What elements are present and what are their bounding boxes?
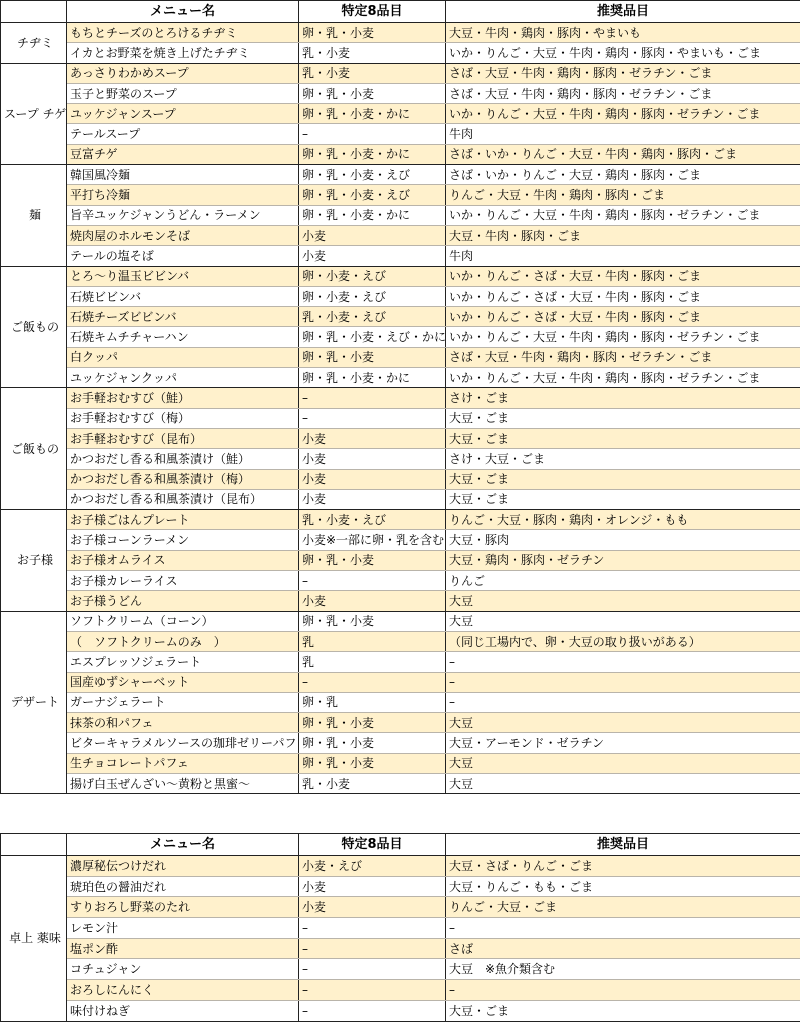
table-row: かつおだし香る和風茶漬け（昆布）小麦大豆・ごま (1, 489, 800, 509)
menu-name-cell: 焼肉屋のホルモンそば (67, 225, 299, 245)
recommended-cell: 大豆・ごま (446, 469, 800, 489)
allergen8-cell: 小麦 (299, 876, 446, 897)
recommended-cell: 大豆 (446, 773, 800, 793)
menu-name-cell: 平打ち冷麺 (67, 185, 299, 205)
menu-name-cell: 国産ゆずシャーベット (67, 672, 299, 692)
header-recommended: 推奨品目 (446, 834, 800, 856)
category-cell: チヂミ (1, 23, 67, 64)
menu-name-cell: お子様ごはんプレート (67, 510, 299, 530)
menu-name-cell: エスプレッソジェラート (67, 652, 299, 672)
table-row: かつおだし香る和風茶漬け（梅）小麦大豆・ごま (1, 469, 800, 489)
recommended-cell: 大豆・ごま (446, 428, 800, 448)
allergen8-cell: 小麦 (299, 469, 446, 489)
allergen8-cell: 卵・乳・小麦・えび (299, 185, 446, 205)
menu-name-cell: ガーナジェラート (67, 692, 299, 712)
table-row: 平打ち冷麺卵・乳・小麦・えびりんご・大豆・牛肉・鶏肉・豚肉・ごま (1, 185, 800, 205)
recommended-cell: – (446, 980, 800, 1001)
allergen8-cell: 卵・乳・小麦 (299, 733, 446, 753)
recommended-cell: 大豆・ごま (446, 489, 800, 509)
recommended-cell: りんご (446, 571, 800, 591)
category-cell: お子様 (1, 510, 67, 611)
recommended-cell: 大豆・牛肉・鶏肉・豚肉・やまいも (446, 23, 800, 43)
allergen8-cell: 卵・乳・小麦・えび (299, 165, 446, 185)
table-row: 生チョコレートパフェ卵・乳・小麦大豆 (1, 753, 800, 773)
category-cell: 卓上 薬味 (1, 856, 67, 1022)
table-row: 麺韓国風冷麺卵・乳・小麦・えびさば・いか・りんご・大豆・鶏肉・豚肉・ごま (1, 165, 800, 185)
table-row: お子様うどん小麦大豆 (1, 591, 800, 611)
table-row: 石焼キムチチャーハン卵・乳・小麦・えび・かにいか・りんご・大豆・牛肉・鶏肉・豚肉… (1, 327, 800, 347)
allergen8-cell: 乳・小麦 (299, 63, 446, 83)
recommended-cell: いか・りんご・大豆・牛肉・鶏肉・豚肉・ゼラチン・ごま (446, 104, 800, 124)
allergen8-cell: 卵・乳・小麦 (299, 550, 446, 570)
menu-name-cell: 旨辛ユッケジャンうどん・ラーメン (67, 205, 299, 225)
table-row: デザートソフトクリーム（コーン）卵・乳・小麦大豆 (1, 611, 800, 631)
menu-name-cell: 石焼キムチチャーハン (67, 327, 299, 347)
allergen8-cell: 卵・乳・小麦・かに (299, 104, 446, 124)
table-row: すりおろし野菜のたれ小麦りんご・大豆・ごま (1, 897, 800, 918)
recommended-cell: 大豆 ※魚介類含む (446, 959, 800, 980)
menu-name-cell: お手軽おむすび（鮭） (67, 388, 299, 408)
allergen8-cell: 乳 (299, 631, 446, 651)
menu-name-cell: すりおろし野菜のたれ (67, 897, 299, 918)
recommended-cell: いか・りんご・大豆・牛肉・鶏肉・豚肉・やまいも・ごま (446, 43, 800, 63)
recommended-cell: りんご・大豆・豚肉・鶏肉・オレンジ・もも (446, 510, 800, 530)
recommended-cell: さば・大豆・牛肉・鶏肉・豚肉・ゼラチン・ごま (446, 83, 800, 103)
recommended-cell: 大豆 (446, 591, 800, 611)
menu-name-cell: 塩ポン酢 (67, 938, 299, 959)
table-row: お子様お子様ごはんプレート乳・小麦・えびりんご・大豆・豚肉・鶏肉・オレンジ・もも (1, 510, 800, 530)
header-allergen8: 特定8品目 (299, 1, 446, 23)
menu-name-cell: お子様カレーライス (67, 571, 299, 591)
table-row: 塩ポン酢–さば (1, 938, 800, 959)
allergen8-cell: 小麦 (299, 428, 446, 448)
recommended-cell: りんご・大豆・ごま (446, 897, 800, 918)
allergen8-cell: 乳・小麦 (299, 43, 446, 63)
allergen8-cell: – (299, 918, 446, 939)
table-row: イカとお野菜を焼き上げたチヂミ乳・小麦いか・りんご・大豆・牛肉・鶏肉・豚肉・やま… (1, 43, 800, 63)
table-row: （ ソフトクリームのみ ）乳（同じ工場内で、卵・大豆の取り扱いがある） (1, 631, 800, 651)
header-recommended: 推奨品目 (446, 1, 800, 23)
menu-name-cell: コチュジャン (67, 959, 299, 980)
menu-name-cell: 白クッパ (67, 347, 299, 367)
table-row: お手軽おむすび（昆布）小麦大豆・ごま (1, 428, 800, 448)
allergen8-cell: 卵・乳・小麦 (299, 753, 446, 773)
recommended-cell: さば・いか・りんご・大豆・牛肉・鶏肉・豚肉・ごま (446, 144, 800, 164)
category-cell: 麺 (1, 165, 67, 266)
allergen8-cell: – (299, 388, 446, 408)
table-row: 石焼ビビンバ卵・小麦・えびいか・りんご・さば・大豆・牛肉・豚肉・ごま (1, 286, 800, 306)
table-row: おろしにんにく–– (1, 980, 800, 1001)
recommended-cell: 大豆・アーモンド・ゼラチン (446, 733, 800, 753)
allergen8-cell: 乳・小麦・えび (299, 307, 446, 327)
allergen8-cell: 小麦・えび (299, 856, 446, 877)
table-body: チヂミもちとチーズのとろけるチヂミ卵・乳・小麦大豆・牛肉・鶏肉・豚肉・やまいもイ… (1, 23, 800, 794)
allergen8-cell: – (299, 408, 446, 428)
allergen8-cell: 卵・乳・小麦 (299, 713, 446, 733)
menu-name-cell: お子様オムライス (67, 550, 299, 570)
allergen8-cell: 小麦 (299, 591, 446, 611)
table-row: テールスープ–牛肉 (1, 124, 800, 144)
menu-name-cell: ソフトクリーム（コーン） (67, 611, 299, 631)
menu-name-cell: 揚げ白玉ぜんざい〜黄粉と黒蜜〜 (67, 773, 299, 793)
recommended-cell: さば (446, 938, 800, 959)
header-allergen8: 特定8品目 (299, 834, 446, 856)
menu-name-cell: 韓国風冷麺 (67, 165, 299, 185)
table-row: 国産ゆずシャーベット–– (1, 672, 800, 692)
allergen8-cell: 小麦 (299, 225, 446, 245)
allergen-table-condiments: メニュー名 特定8品目 推奨品目 卓上 薬味濃厚秘伝つけだれ小麦・えび大豆・さば… (0, 833, 800, 1022)
header-menu-name: メニュー名 (67, 834, 299, 856)
table-row: テールの塩そば小麦牛肉 (1, 246, 800, 266)
allergen-table-main: メニュー名 特定8品目 推奨品目 チヂミもちとチーズのとろけるチヂミ卵・乳・小麦… (0, 0, 800, 794)
table-row: レモン汁–– (1, 918, 800, 939)
menu-name-cell: ビターキャラメルソースの珈琲ゼリーパフェ (67, 733, 299, 753)
menu-name-cell: 生チョコレートパフェ (67, 753, 299, 773)
allergen8-cell: – (299, 672, 446, 692)
table-row: 豆富チゲ卵・乳・小麦・かにさば・いか・りんご・大豆・牛肉・鶏肉・豚肉・ごま (1, 144, 800, 164)
recommended-cell: 大豆 (446, 713, 800, 733)
menu-name-cell: レモン汁 (67, 918, 299, 939)
menu-name-cell: 石焼ビビンバ (67, 286, 299, 306)
table-row: 琥珀色の醤油だれ小麦大豆・りんご・もも・ごま (1, 876, 800, 897)
menu-name-cell: 石焼チーズビビンバ (67, 307, 299, 327)
table-row: 旨辛ユッケジャンうどん・ラーメン卵・乳・小麦・かにいか・りんご・大豆・牛肉・鶏肉… (1, 205, 800, 225)
menu-name-cell: ユッケジャンクッパ (67, 368, 299, 388)
allergen8-cell: 小麦※一部に卵・乳を含む (299, 530, 446, 550)
table-row: ユッケジャンスープ卵・乳・小麦・かにいか・りんご・大豆・牛肉・鶏肉・豚肉・ゼラチ… (1, 104, 800, 124)
menu-name-cell: とろ〜り温玉ビビンバ (67, 266, 299, 286)
recommended-cell: – (446, 692, 800, 712)
recommended-cell: いか・りんご・さば・大豆・牛肉・豚肉・ごま (446, 307, 800, 327)
recommended-cell: さば・大豆・牛肉・鶏肉・豚肉・ゼラチン・ごま (446, 347, 800, 367)
recommended-cell: いか・りんご・さば・大豆・牛肉・豚肉・ごま (446, 266, 800, 286)
recommended-cell: さけ・ごま (446, 388, 800, 408)
recommended-cell: – (446, 652, 800, 672)
recommended-cell: 大豆・ごま (446, 408, 800, 428)
recommended-cell: さけ・大豆・ごま (446, 449, 800, 469)
menu-name-cell: イカとお野菜を焼き上げたチヂミ (67, 43, 299, 63)
table-row: ご飯ものお手軽おむすび（鮭）–さけ・ごま (1, 388, 800, 408)
category-cell: ご飯もの (1, 266, 67, 388)
recommended-cell: 大豆 (446, 611, 800, 631)
recommended-cell: 大豆 (446, 753, 800, 773)
table-row: 味付けねぎ–大豆・ごま (1, 1000, 800, 1021)
category-cell: スープ チゲ (1, 63, 67, 164)
allergen8-cell: 小麦 (299, 897, 446, 918)
table-row: お子様オムライス卵・乳・小麦大豆・鶏肉・豚肉・ゼラチン (1, 550, 800, 570)
table-row: チヂミもちとチーズのとろけるチヂミ卵・乳・小麦大豆・牛肉・鶏肉・豚肉・やまいも (1, 23, 800, 43)
recommended-cell: 大豆・牛肉・豚肉・ごま (446, 225, 800, 245)
recommended-cell: 大豆・鶏肉・豚肉・ゼラチン (446, 550, 800, 570)
recommended-cell: りんご・大豆・牛肉・鶏肉・豚肉・ごま (446, 185, 800, 205)
table-row: コチュジャン–大豆 ※魚介類含む (1, 959, 800, 980)
menu-name-cell: おろしにんにく (67, 980, 299, 1001)
header-category (1, 1, 67, 23)
allergen8-cell: – (299, 1000, 446, 1021)
table-row: ユッケジャンクッパ卵・乳・小麦・かにいか・りんご・大豆・牛肉・鶏肉・豚肉・ゼラチ… (1, 368, 800, 388)
header-menu-name: メニュー名 (67, 1, 299, 23)
table-row: 焼肉屋のホルモンそば小麦大豆・牛肉・豚肉・ごま (1, 225, 800, 245)
menu-name-cell: お子様うどん (67, 591, 299, 611)
header-row: メニュー名 特定8品目 推奨品目 (1, 1, 800, 23)
allergen8-cell: – (299, 124, 446, 144)
table-row: お手軽おむすび（梅）–大豆・ごま (1, 408, 800, 428)
menu-name-cell: 抹茶の和パフェ (67, 713, 299, 733)
table-row: 卓上 薬味濃厚秘伝つけだれ小麦・えび大豆・さば・りんご・ごま (1, 856, 800, 877)
menu-name-cell: かつおだし香る和風茶漬け（梅） (67, 469, 299, 489)
recommended-cell: – (446, 918, 800, 939)
allergen8-cell: 卵・乳・小麦 (299, 347, 446, 367)
menu-name-cell: お手軽おむすび（昆布） (67, 428, 299, 448)
allergen8-cell: – (299, 959, 446, 980)
menu-name-cell: 玉子と野菜のスープ (67, 83, 299, 103)
table-row: ご飯ものとろ〜り温玉ビビンバ卵・小麦・えびいか・りんご・さば・大豆・牛肉・豚肉・… (1, 266, 800, 286)
recommended-cell: – (446, 672, 800, 692)
table-row: お子様コーンラーメン小麦※一部に卵・乳を含む大豆・豚肉 (1, 530, 800, 550)
recommended-cell: 大豆・豚肉 (446, 530, 800, 550)
menu-name-cell: かつおだし香る和風茶漬け（昆布） (67, 489, 299, 509)
menu-name-cell: あっさりわかめスープ (67, 63, 299, 83)
menu-name-cell: テールの塩そば (67, 246, 299, 266)
menu-name-cell: （ ソフトクリームのみ ） (67, 631, 299, 651)
table-row: ガーナジェラート卵・乳– (1, 692, 800, 712)
recommended-cell: 大豆・ごま (446, 1000, 800, 1021)
allergen8-cell: 卵・乳・小麦・かに (299, 205, 446, 225)
recommended-cell: （同じ工場内で、卵・大豆の取り扱いがある） (446, 631, 800, 651)
allergen8-cell: 卵・乳 (299, 692, 446, 712)
allergen8-cell: 小麦 (299, 246, 446, 266)
allergen8-cell: 乳・小麦 (299, 773, 446, 793)
allergen8-cell: 小麦 (299, 489, 446, 509)
table-row: お子様カレーライス–りんご (1, 571, 800, 591)
menu-name-cell: 濃厚秘伝つけだれ (67, 856, 299, 877)
recommended-cell: 大豆・りんご・もも・ごま (446, 876, 800, 897)
menu-name-cell: もちとチーズのとろけるチヂミ (67, 23, 299, 43)
recommended-cell: 牛肉 (446, 246, 800, 266)
category-cell: ご飯もの (1, 388, 67, 510)
recommended-cell: いか・りんご・大豆・牛肉・鶏肉・豚肉・ゼラチン・ごま (446, 368, 800, 388)
recommended-cell: いか・りんご・さば・大豆・牛肉・豚肉・ごま (446, 286, 800, 306)
table-row: 揚げ白玉ぜんざい〜黄粉と黒蜜〜乳・小麦大豆 (1, 773, 800, 793)
menu-name-cell: お子様コーンラーメン (67, 530, 299, 550)
table-row: エスプレッソジェラート乳– (1, 652, 800, 672)
allergen8-cell: – (299, 571, 446, 591)
recommended-cell: さば・いか・りんご・大豆・鶏肉・豚肉・ごま (446, 165, 800, 185)
allergen8-cell: 乳 (299, 652, 446, 672)
allergen8-cell: 卵・小麦・えび (299, 286, 446, 306)
header-category (1, 834, 67, 856)
allergen8-cell: 卵・乳・小麦・えび・かに (299, 327, 446, 347)
menu-name-cell: かつおだし香る和風茶漬け（鮭） (67, 449, 299, 469)
allergen8-cell: 卵・乳・小麦 (299, 23, 446, 43)
table-row: 白クッパ卵・乳・小麦さば・大豆・牛肉・鶏肉・豚肉・ゼラチン・ごま (1, 347, 800, 367)
menu-name-cell: テールスープ (67, 124, 299, 144)
menu-name-cell: ユッケジャンスープ (67, 104, 299, 124)
table-row: 石焼チーズビビンバ乳・小麦・えびいか・りんご・さば・大豆・牛肉・豚肉・ごま (1, 307, 800, 327)
table-row: 玉子と野菜のスープ卵・乳・小麦さば・大豆・牛肉・鶏肉・豚肉・ゼラチン・ごま (1, 83, 800, 103)
header-row: メニュー名 特定8品目 推奨品目 (1, 834, 800, 856)
allergen8-cell: 卵・乳・小麦 (299, 83, 446, 103)
table-body: 卓上 薬味濃厚秘伝つけだれ小麦・えび大豆・さば・りんご・ごま琥珀色の醤油だれ小麦… (1, 856, 800, 1022)
allergen8-cell: 小麦 (299, 449, 446, 469)
allergen8-cell: 卵・乳・小麦・かに (299, 368, 446, 388)
recommended-cell: いか・りんご・大豆・牛肉・鶏肉・豚肉・ゼラチン・ごま (446, 327, 800, 347)
menu-name-cell: お手軽おむすび（梅） (67, 408, 299, 428)
table-row: かつおだし香る和風茶漬け（鮭）小麦さけ・大豆・ごま (1, 449, 800, 469)
category-cell: デザート (1, 611, 67, 794)
allergen8-cell: 卵・乳・小麦 (299, 611, 446, 631)
allergen8-cell: 卵・小麦・えび (299, 266, 446, 286)
allergen8-cell: 卵・乳・小麦・かに (299, 144, 446, 164)
recommended-cell: 大豆・さば・りんご・ごま (446, 856, 800, 877)
table-row: スープ チゲあっさりわかめスープ乳・小麦さば・大豆・牛肉・鶏肉・豚肉・ゼラチン・… (1, 63, 800, 83)
allergen8-cell: 乳・小麦・えび (299, 510, 446, 530)
recommended-cell: さば・大豆・牛肉・鶏肉・豚肉・ゼラチン・ごま (446, 63, 800, 83)
recommended-cell: いか・りんご・大豆・牛肉・鶏肉・豚肉・ゼラチン・ごま (446, 205, 800, 225)
menu-name-cell: 味付けねぎ (67, 1000, 299, 1021)
table-row: ビターキャラメルソースの珈琲ゼリーパフェ卵・乳・小麦大豆・アーモンド・ゼラチン (1, 733, 800, 753)
menu-name-cell: 琥珀色の醤油だれ (67, 876, 299, 897)
allergen8-cell: – (299, 980, 446, 1001)
recommended-cell: 牛肉 (446, 124, 800, 144)
table-row: 抹茶の和パフェ卵・乳・小麦大豆 (1, 713, 800, 733)
menu-name-cell: 豆富チゲ (67, 144, 299, 164)
allergen8-cell: – (299, 938, 446, 959)
